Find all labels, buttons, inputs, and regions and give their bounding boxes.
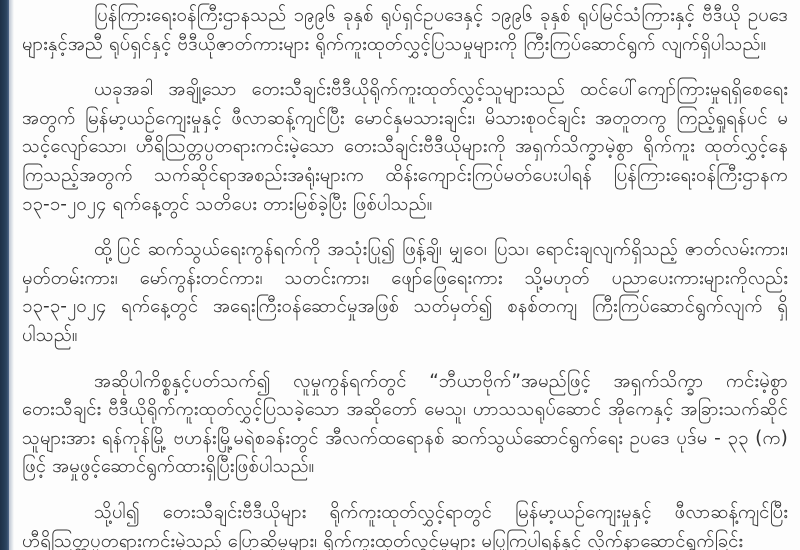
paragraph-5: သို့ပါ၍ တေးသီချင်းဗီဒီယိုများ ရိုက်ကူးထု… [22, 499, 788, 550]
scan-edge-bar [0, 0, 9, 550]
document-page: ပြန်ကြားရေးဝန်ကြီးဌာနသည် ၁၉၉၆ ခုနှစ် ရုပ… [0, 0, 800, 550]
paragraph-1: ပြန်ကြားရေးဝန်ကြီးဌာနသည် ၁၉၉၆ ခုနှစ် ရုပ… [22, 2, 788, 59]
paragraph-3: ထို့ပြင် ဆက်သွယ်ရေးကွန်ရက်ကို အသုံးပြု၍ … [22, 236, 788, 350]
paragraph-4: အဆိုပါကိစ္စနှင့်ပတ်သက်၍ လူမှုကွန်ရက်တွင်… [22, 368, 788, 482]
paragraph-2: ယခုအခါ အချို့သော တေးသီချင်းဗီဒီယိုရိုက်က… [22, 76, 788, 219]
document-body: ပြန်ကြားရေးဝန်ကြီးဌာနသည် ၁၉၉၆ ခုနှစ် ရုပ… [14, 0, 796, 550]
